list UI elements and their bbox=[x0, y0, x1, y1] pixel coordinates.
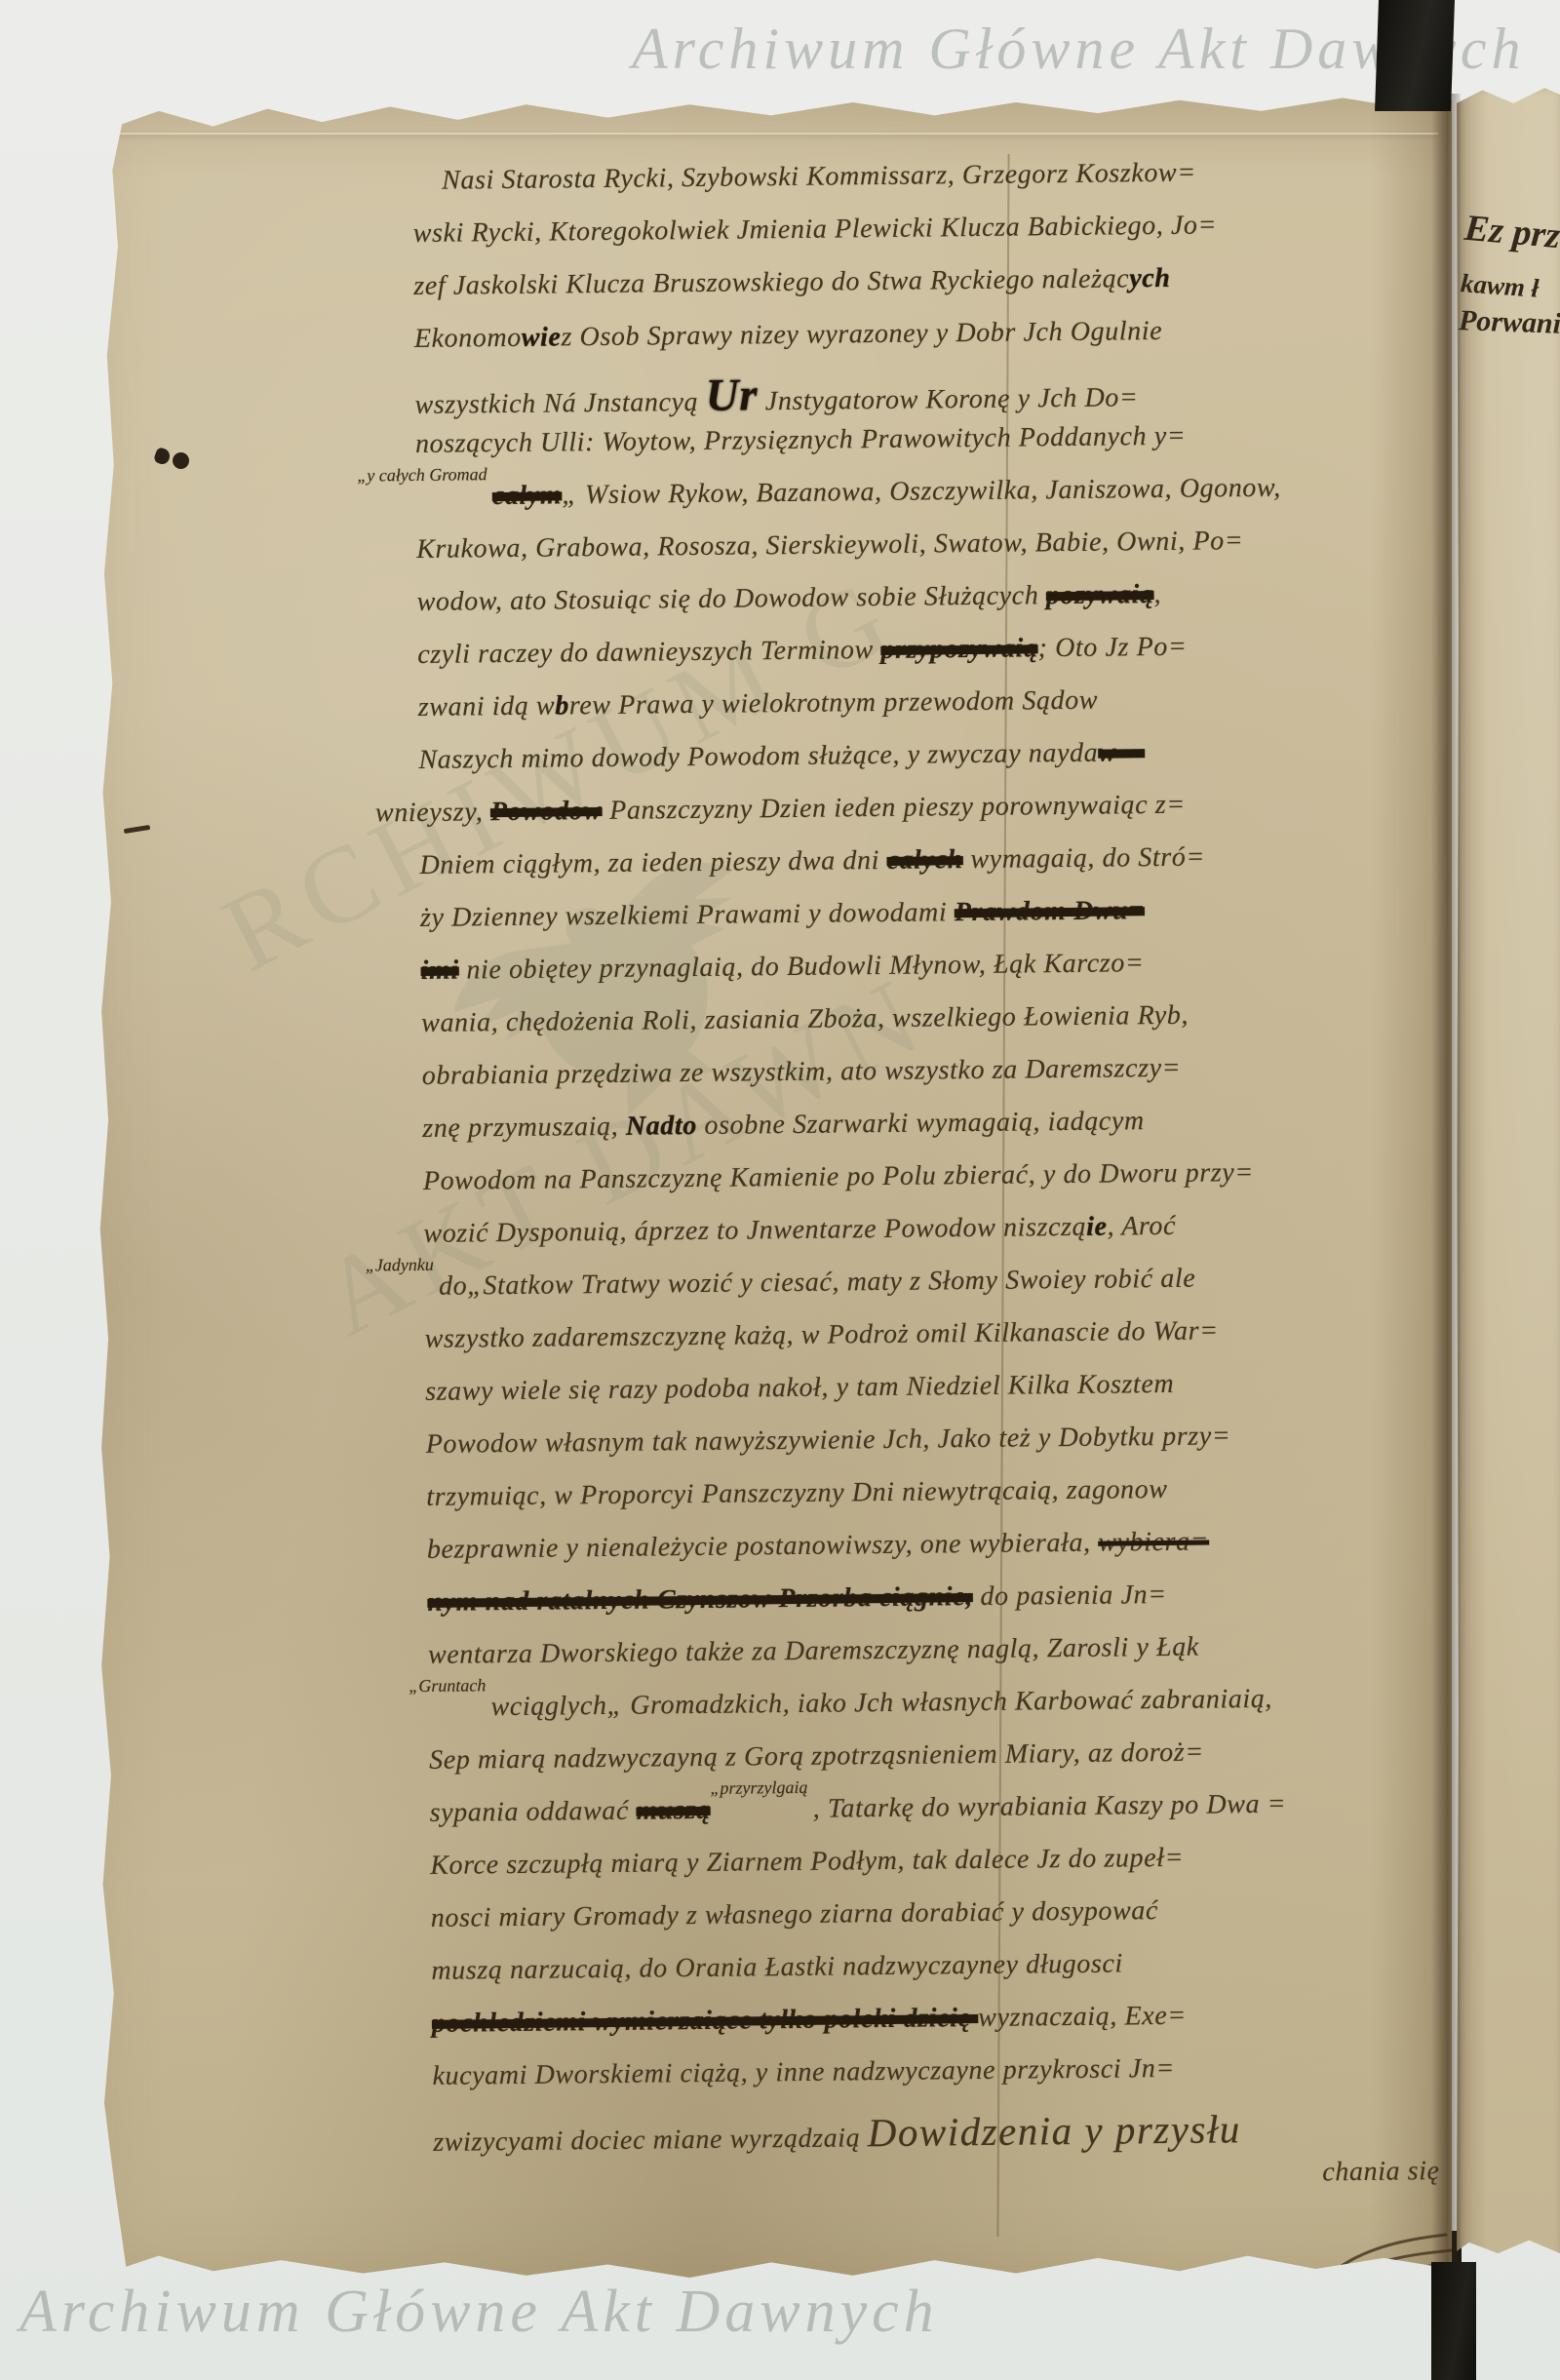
manuscript-segment: Nadto bbox=[626, 1111, 697, 1142]
manuscript-segment: bezprawnie y nienależycie postanowiwszy,… bbox=[427, 1528, 1099, 1565]
manuscript-segment: czyli raczey do dawnieyszych Terminow bbox=[417, 635, 880, 670]
manuscript-segment: w— bbox=[1098, 737, 1145, 767]
manuscript-segment: ; Oto Jz Po= bbox=[1037, 632, 1187, 664]
manuscript-segment: wodow, ato Stosuiąc się do Dowodow sobie… bbox=[417, 580, 1047, 617]
manuscript-segment: pochledziemi wymierzaiące tylko poleki d… bbox=[432, 2003, 979, 2039]
manuscript-segment: kucyami Dworskiemi ciążą, y inne nadzwyc… bbox=[432, 2053, 1175, 2091]
manuscript-segment: Nasi Starosta Rycki, Szybowski Kommissar… bbox=[442, 158, 1196, 196]
manuscript-segment: Prawdom Dwu= bbox=[955, 895, 1145, 927]
manuscript-segment: ych bbox=[1129, 263, 1171, 293]
manuscript-segment: b bbox=[555, 690, 569, 721]
manuscript-segment: „Jadynku bbox=[366, 1255, 434, 1276]
manuscript-segment: wnieyszy, bbox=[375, 797, 490, 828]
manuscript-segment: wozić Dysponuią, áprzez to Jnwentarze Po… bbox=[423, 1212, 1086, 1249]
horizontal-crease bbox=[104, 133, 1438, 135]
manuscript-segment: szawy wiele się razy podoba nakoł, y tam… bbox=[425, 1369, 1174, 1407]
manuscript-segment: ie bbox=[1086, 1212, 1108, 1242]
manuscript-segment: Naszych mimo dowody Powodom służące, y z… bbox=[418, 738, 1098, 775]
margin-dash-mark bbox=[124, 825, 150, 834]
manuscript-segment: rew Prawa y wielokrotnym przewodom Sądow bbox=[569, 685, 1099, 722]
manuscript-segment: nie obiętey przynaglaią, do Budowli Młyn… bbox=[459, 948, 1145, 985]
manuscript-segment: Ur bbox=[705, 370, 758, 421]
manuscript-segment: zwani idą w bbox=[418, 690, 556, 722]
manuscript-segment: Dowidzenia y przysłu bbox=[868, 2106, 1242, 2155]
manuscript-segment: nym nad ratalnych Czynszow Przorba ciągn… bbox=[427, 1581, 973, 1618]
manuscript-segment: przypozywaią bbox=[880, 633, 1038, 665]
manuscript-segment: Jnstygatorow Koronę y Jch Do= bbox=[758, 382, 1139, 416]
manuscript-segment: Panszczyzny Dzien ieden pieszy porownywa… bbox=[602, 790, 1185, 826]
bookmark-ribbon-top bbox=[1375, 0, 1455, 111]
adjacent-page: Ez przkawm łPorwani bbox=[1457, 86, 1560, 2262]
manuscript-segment: trzymuiąc, w Proporcyi Panszczyzny Dni n… bbox=[426, 1474, 1168, 1512]
bookmark-ribbon-bottom bbox=[1431, 2262, 1476, 2380]
manuscript-segment: „ Wsiow Rykow, Bazanowa, Oszczywilka, Ja… bbox=[562, 473, 1281, 511]
manuscript-segment: Dniem ciągłym, za ieden pieszy dwa dni bbox=[419, 845, 886, 880]
manuscript-segment: , bbox=[1153, 579, 1161, 609]
manuscript-segment: wybiera= bbox=[1098, 1527, 1209, 1558]
manuscript-segment: ży Dzienney wszelkiemi Prawami y dowodam… bbox=[420, 897, 955, 933]
manuscript-segment: pozywaią bbox=[1046, 579, 1154, 610]
manuscript-segment: całym bbox=[492, 480, 563, 511]
manuscript-segment: imi bbox=[420, 956, 458, 986]
ink-blot bbox=[173, 452, 189, 469]
manuscript-segment: Powodow bbox=[490, 796, 603, 827]
scanned-document: { "archive_watermark": "Archiwum Główne … bbox=[0, 0, 1560, 2380]
manuscript-segment: znę przymuszaią, bbox=[422, 1112, 626, 1144]
manuscript-segment: zef Jaskolski Klucza Bruszowskiego do St… bbox=[413, 263, 1129, 301]
manuscript-segment: muszą narzucaią, do Orania Łastki nadzwy… bbox=[431, 1948, 1123, 1985]
manuscript-segment: z Osob Sprawy nizey wyrazoney y Dobr Jch… bbox=[561, 316, 1162, 352]
manuscript-segment: wymagaią, do Stró= bbox=[963, 842, 1205, 876]
manuscript-segment: muszą bbox=[636, 1795, 710, 1826]
manuscript-segment: nosci miary Gromady z własnego ziarna do… bbox=[431, 1895, 1158, 1933]
adjacent-text-fragment: Porwani bbox=[1458, 304, 1560, 341]
manuscript-segment: „Gruntach bbox=[409, 1675, 486, 1697]
manuscript-segment: wyznaczaią, Exe= bbox=[978, 2001, 1187, 2033]
manuscript-segment: całych bbox=[886, 844, 963, 876]
manuscript-segment: do pasienia Jn= bbox=[973, 1580, 1167, 1612]
manuscript-segment: zwizycyami dociec miane wyrządzaią bbox=[433, 2123, 868, 2158]
manuscript-segment: „przyrzylgaią bbox=[710, 1777, 807, 1799]
ink-blot bbox=[153, 447, 173, 466]
manuscript-page: RCHIWUM G AKT DAWN Nasi Starosta Rycki, … bbox=[91, 94, 1452, 2278]
adjacent-text-fragment: Ez prz bbox=[1462, 207, 1560, 257]
manuscript-line: chania się bbox=[433, 2156, 1477, 2219]
archive-watermark-bottom: Archiwum Główne Akt Dawnych bbox=[19, 2278, 939, 2347]
manuscript-segment: „y całych Gromad bbox=[357, 464, 487, 486]
manuscript-segment: osobne Szarwarki wymagaią, iadącym bbox=[697, 1106, 1145, 1141]
manuscript-segment: wie bbox=[522, 322, 562, 352]
manuscript-segment: chania się bbox=[1322, 2156, 1440, 2187]
manuscript-segment: , Aroć bbox=[1107, 1211, 1176, 1242]
manuscript-segment: Ekonomo bbox=[414, 323, 522, 354]
page-gutter-shadow bbox=[1431, 94, 1461, 2266]
manuscript-text: Nasi Starosta Rycki, Szybowski Kommissar… bbox=[412, 155, 1477, 2219]
manuscript-segment: sypania oddawać bbox=[430, 1796, 637, 1828]
manuscript-segment: wszystkich Ná Jnstancyą bbox=[414, 387, 706, 420]
manuscript-segment: , Tatarkę do wyrabiania Kaszy po Dwa = bbox=[812, 1789, 1286, 1824]
adjacent-text-fragment: kawm ł bbox=[1460, 268, 1540, 304]
